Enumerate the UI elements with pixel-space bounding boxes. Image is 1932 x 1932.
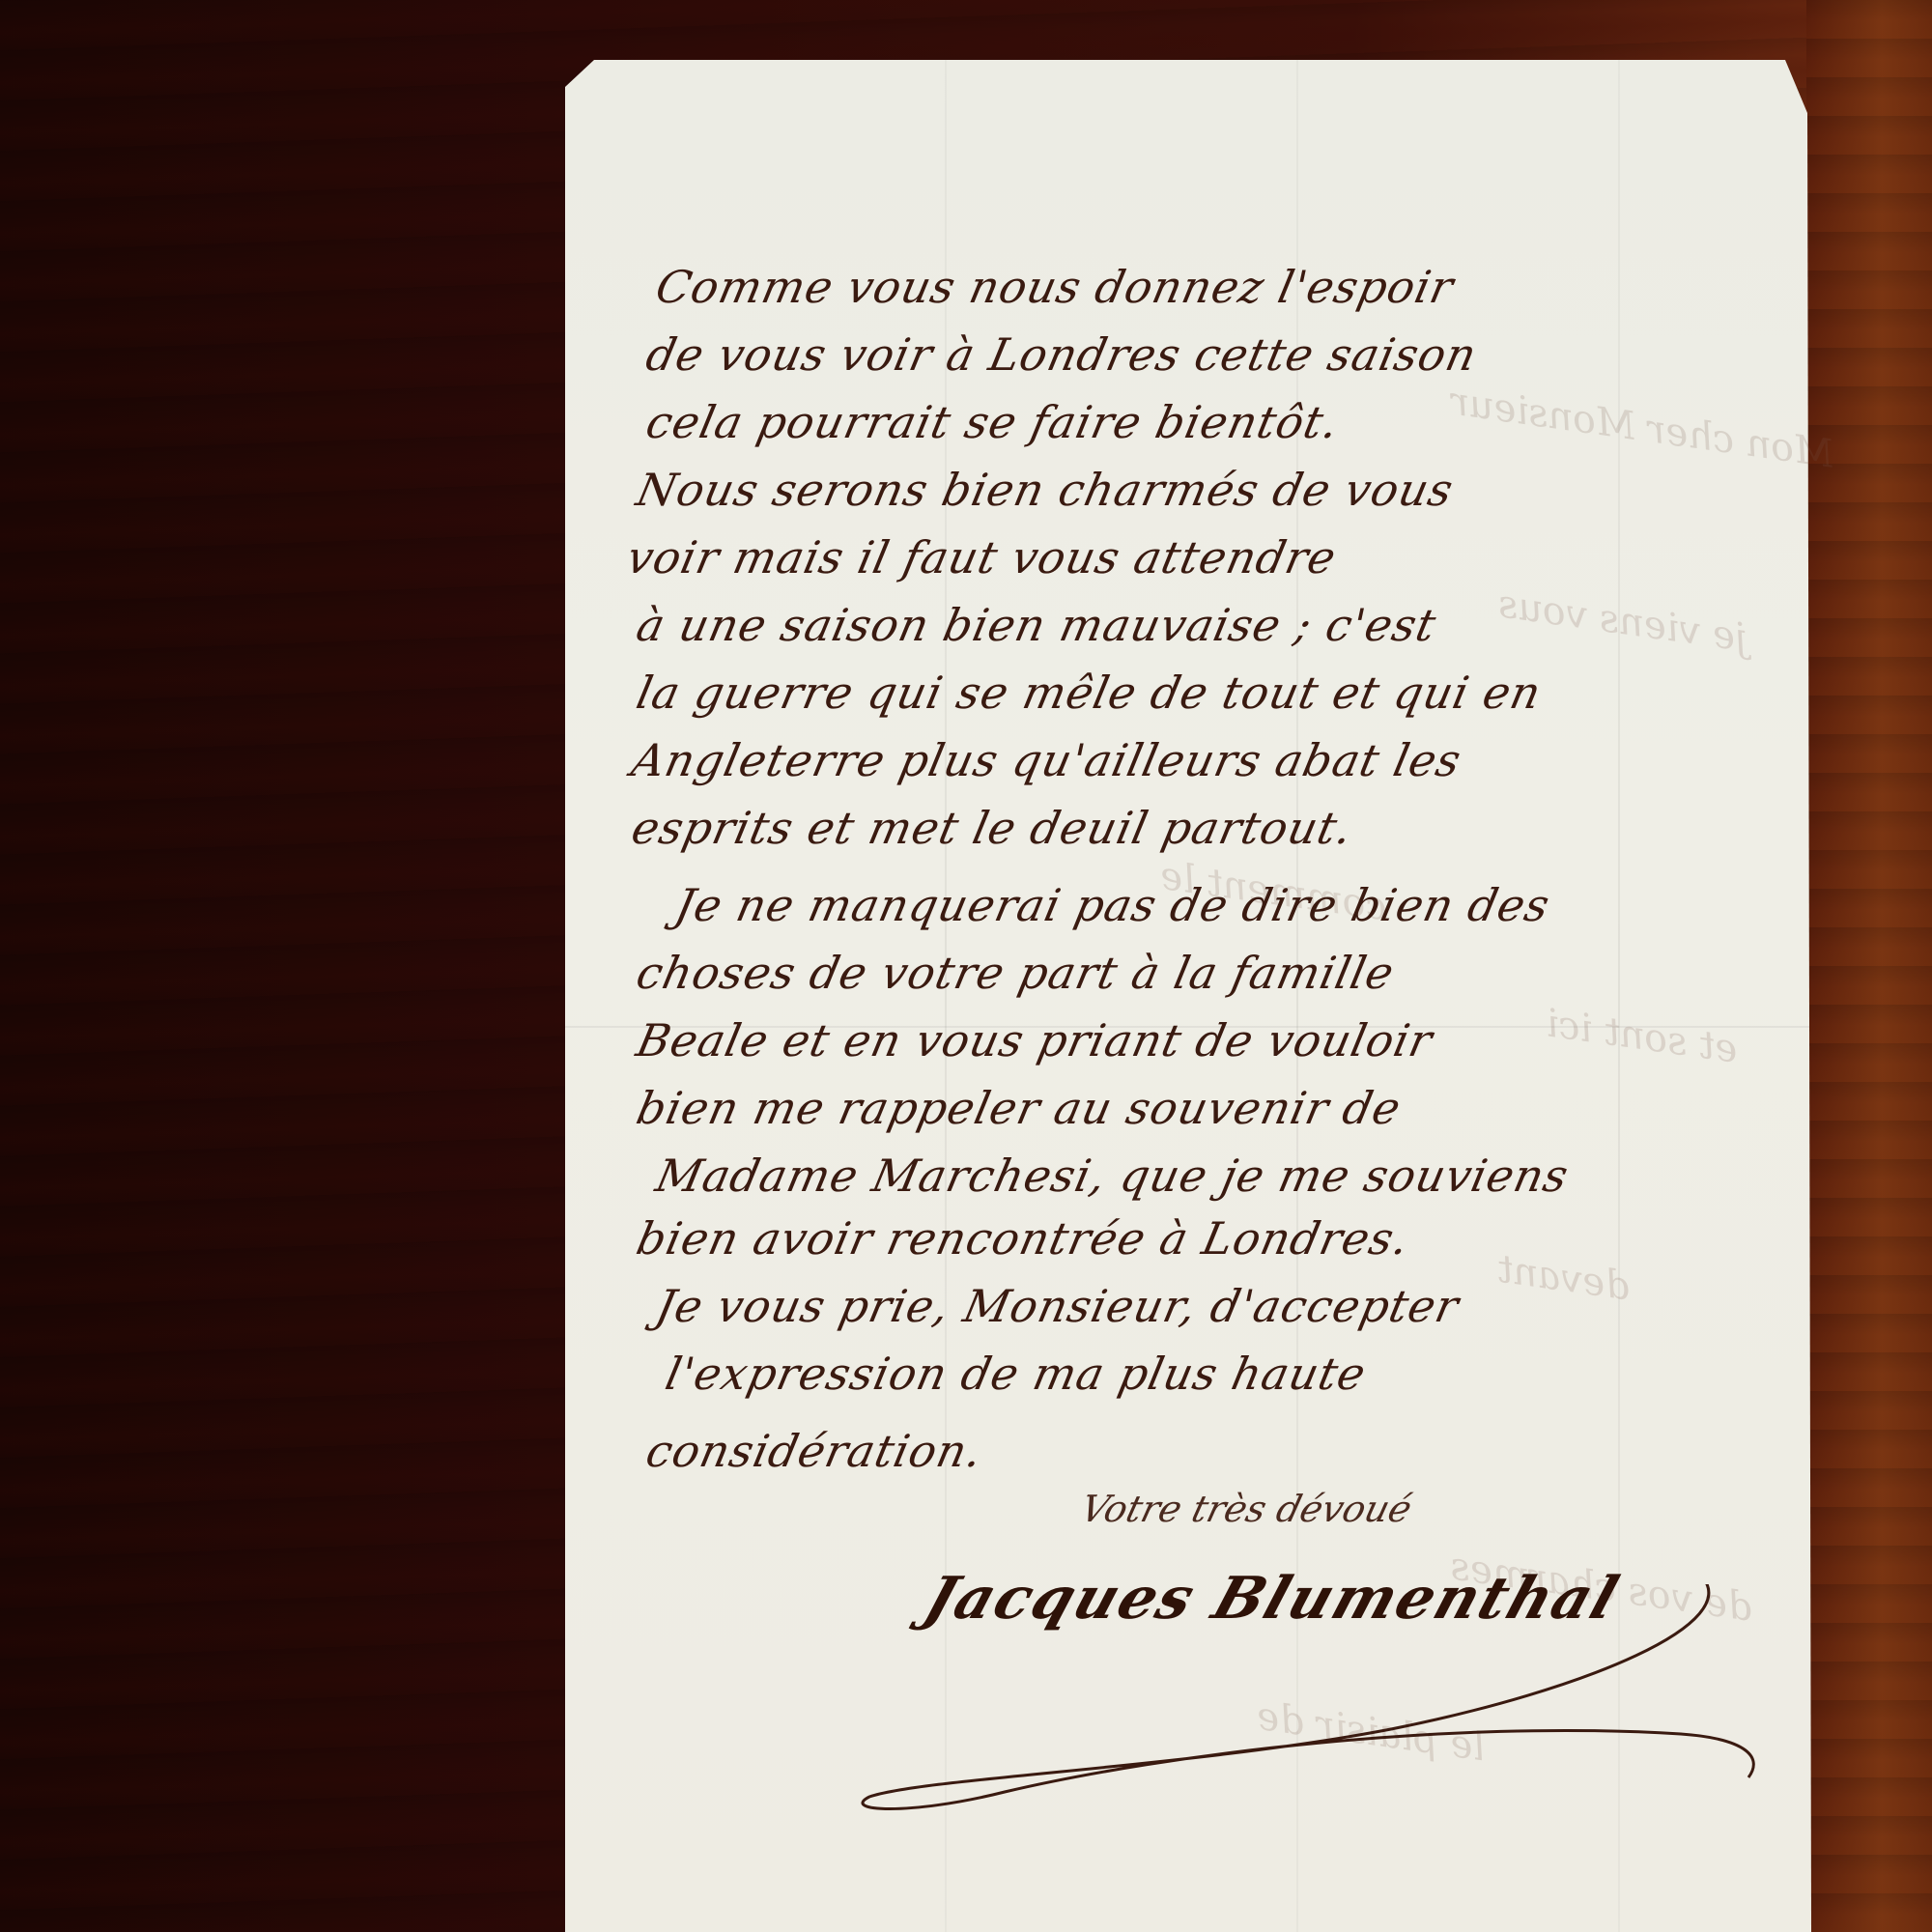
letter-line: bien me rappeler au souvenir de <box>632 1082 1406 1134</box>
letter-line: cela pourrait se faire bientôt. <box>641 396 1344 448</box>
letter-line: Comme vous nous donnez l'espoir <box>651 261 1459 313</box>
wooden-table-surface <box>1806 0 1932 1932</box>
letter-line: la guerre qui se mêle de tout et qui en <box>632 667 1546 719</box>
letter-line: Je ne manquerai pas de dire bien des <box>670 879 1554 931</box>
letter-line: considération. <box>641 1425 987 1477</box>
letter-line: Angleterre plus qu'ailleurs abat les <box>627 734 1466 786</box>
letter-line: voir mais il faut vous attendre <box>622 531 1341 583</box>
letter-closing: Votre très dévoué <box>1077 1488 1416 1530</box>
letter-line: bien avoir rencontrée à Londres. <box>632 1212 1414 1264</box>
letter-line: Je vous prie, Monsieur, d'accepter <box>651 1280 1463 1332</box>
letter-line: choses de votre part à la famille <box>632 947 1399 999</box>
letter-line: à une saison bien mauvaise ; c'est <box>632 599 1441 651</box>
signature-flourish-icon <box>850 1584 1777 1816</box>
letter-line: Beale et en vous priant de vouloir <box>632 1014 1437 1066</box>
letter-line: l'expression de ma plus haute <box>661 1348 1371 1400</box>
letter-line: de vous voir à Londres cette saison <box>641 328 1482 381</box>
letter-line: Madame Marchesi, que je me souviens <box>651 1150 1574 1202</box>
letter-line: Nous serons bien charmés de vous <box>632 464 1458 516</box>
letter-line: esprits et met le deuil partout. <box>627 802 1357 854</box>
